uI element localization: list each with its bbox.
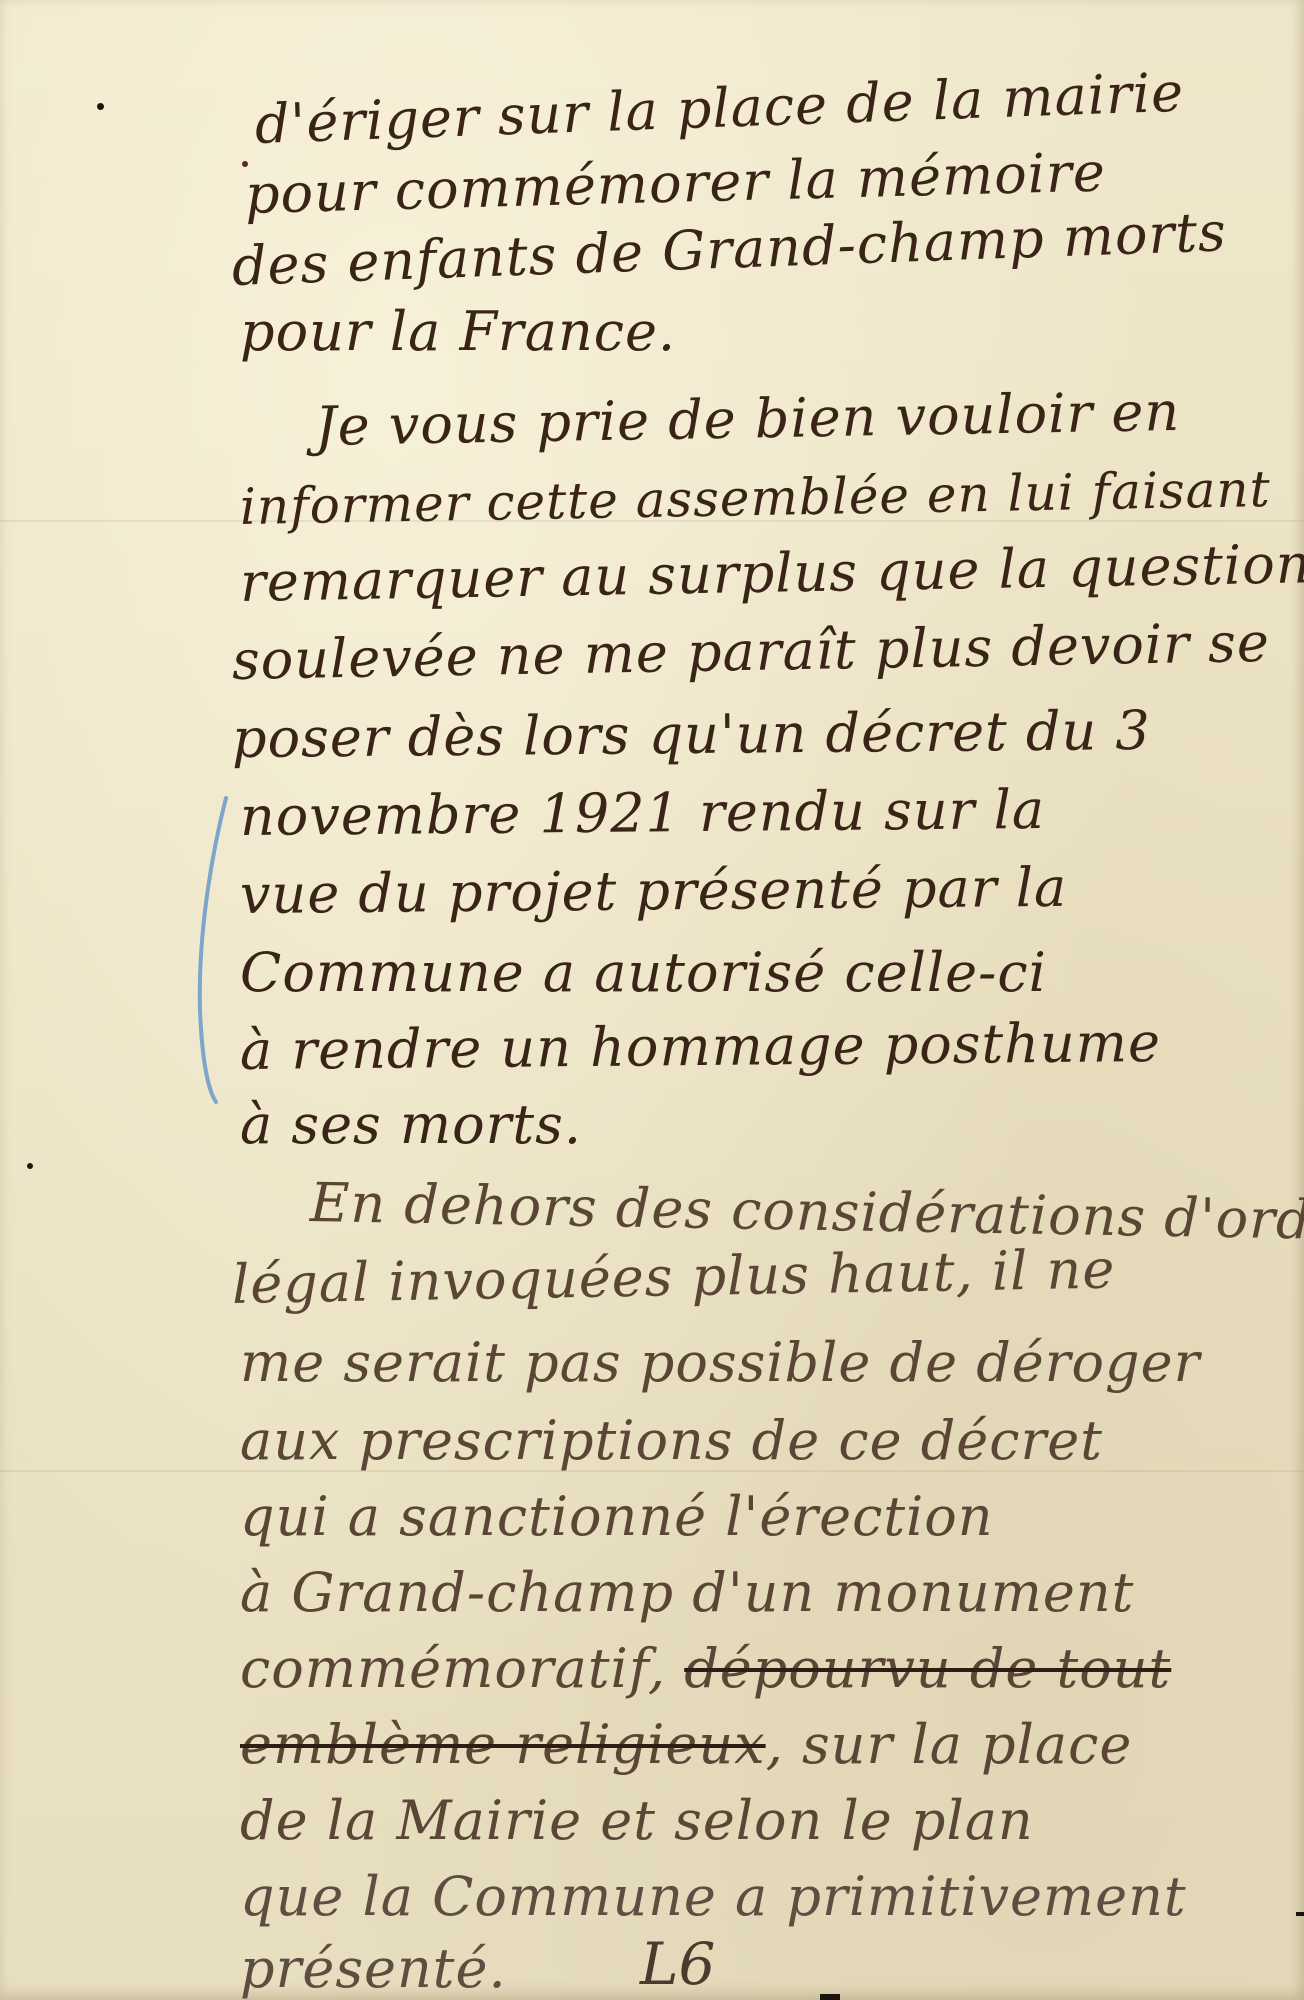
text-fragment: commémoratif, [240,1637,684,1700]
text-line: En dehors des considérations d'ordre [310,1176,1304,1249]
text-line: pour la France. [240,305,676,359]
text-line: Je vous prie de bien vouloir en [315,385,1181,454]
text-line: à rendre un hommage posthume [240,1016,1161,1078]
text-line: à Grand-champ d'un monument [240,1566,1134,1620]
text-line: poser dès lors qu'un décret du 3 [232,704,1151,766]
text-line: que la Commune a primitivement [240,1870,1187,1924]
paper-edge-mark [1296,1912,1304,1916]
text-line: à ses morts. [240,1098,582,1152]
text-line: d'ériger sur la place de la mairie [254,66,1185,152]
document-page: d'ériger sur la place de la mairie pour … [0,0,1304,2000]
margin-bracket-mark [192,790,232,1110]
text-line: aux prescriptions de ce décret [240,1414,1103,1468]
text-line: remarquer au surplus que la question [240,537,1304,610]
struck-text: emblème religieux [240,1713,766,1776]
text-line: me serait pas possible de déroger [240,1336,1200,1390]
struck-text: dépourvu de tout [684,1637,1171,1700]
text-line-with-strikethrough: emblème religieux, sur la place [240,1718,1132,1772]
text-line: vue du projet présenté par la [240,861,1068,922]
text-line: présenté. [240,1942,507,1996]
text-line: qui a sanctionné l'érection [240,1490,994,1544]
text-line: de la Mairie et selon le plan [240,1794,1034,1848]
paper-mark [97,103,104,110]
paper-mark [27,1163,33,1169]
text-fragment: , sur la place [766,1713,1133,1776]
paper-edge-mark [820,1994,840,2000]
text-line-with-strikethrough: commémoratif, dépourvu de tout [240,1642,1171,1696]
text-line: Commune a autorisé celle-ci [240,946,1047,1000]
paraph-initials: L6 [640,1930,715,1998]
text-line: soulevée ne me paraît plus devoir se [232,616,1271,688]
text-line: novembre 1921 rendu sur la [240,783,1045,844]
text-line: légal invoquées plus haut, il ne [232,1243,1116,1312]
